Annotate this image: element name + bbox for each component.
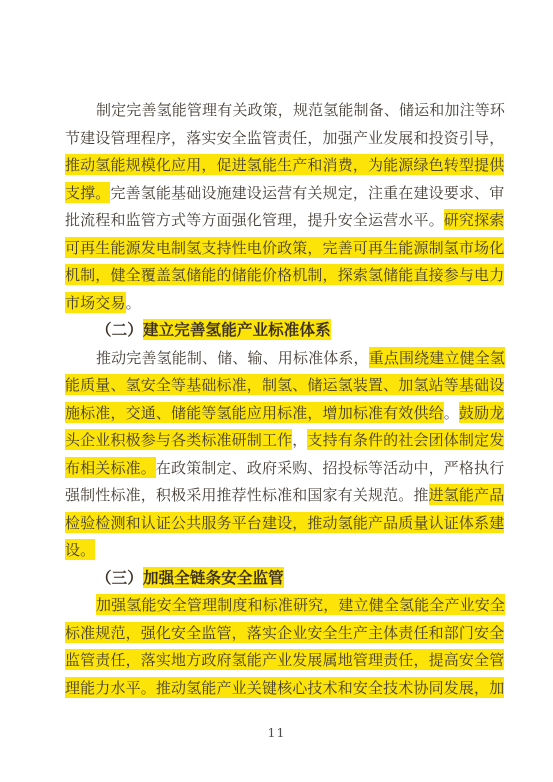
- text-run: 。: [126, 294, 141, 312]
- text-line: 制定完善氢能管理有关政策，规范氢能制备、储运和加注等环: [65, 97, 491, 125]
- highlighted-text-run: 支撑。: [65, 182, 110, 203]
- text-run: （二）: [96, 321, 143, 339]
- text-line: 机制，健全覆盖氢储能的储能价格机制，探索氢储能直接参与电力: [65, 262, 491, 290]
- text-run: 。: [444, 404, 459, 422]
- highlighted-text-run: 重点围绕建立健全氢: [369, 347, 505, 368]
- text-run: 节建设管理程序，落实安全监管责任，加强产业发展和投资引导，: [65, 129, 504, 147]
- highlighted-text-run: 鼓励龙: [459, 402, 504, 423]
- section-heading: （二）建立完善氢能产业标准体系: [65, 317, 491, 345]
- document-content: 制定完善氢能管理有关政策，规范氢能制备、储运和加注等环节建设管理程序，落实安全监…: [65, 97, 491, 702]
- text-line: 支撑。完善氢能基础设施建设运营有关规定，注重在建设要求、审: [65, 180, 491, 208]
- text-line: 检验检测和认证公共服务平台建设，推动氢能产品质量认证体系建: [65, 510, 491, 538]
- paragraph: 推动完善氢能制、储、输、用标准体系，重点围绕建立健全氢能质量、氢安全等基础标准，…: [65, 345, 491, 565]
- paragraph: 制定完善氢能管理有关政策，规范氢能制备、储运和加注等环节建设管理程序，落实安全监…: [65, 97, 491, 317]
- highlighted-text-run: 监管责任，落实地方政府氢能产业发展属地管理责任，提高安全管: [65, 649, 504, 670]
- text-run: 批流程和监管方式等方面强化管理，提升安全运营水平。: [65, 211, 444, 229]
- highlighted-text-run: 支持有条件的社会团体制定发: [307, 429, 504, 450]
- text-line: 能质量、氢安全等基础标准，制氢、储运氢装置、加氢站等基础设: [65, 372, 491, 400]
- highlighted-text-run: 机制，健全覆盖氢储能的储能价格机制，探索氢储能直接参与电力: [65, 264, 504, 285]
- text-line: 强制性标准，积极采用推荐性标准和国家有关规范。推进氢能产品: [65, 482, 491, 510]
- highlighted-text-run: 进氢能产品: [429, 484, 505, 505]
- highlighted-text-run: 理能力水平。推动氢能产业关键核心技术和安全技术协同发展，加: [65, 677, 504, 698]
- highlighted-text-run: 研究探索: [444, 209, 505, 230]
- text-line: 可再生能源发电制氢支持性电价政策，完善可再生能源制氢市场化: [65, 235, 491, 263]
- section-heading: （三）加强全链条安全监管: [65, 565, 491, 593]
- highlighted-text-run: 加强氢能安全管理制度和标准研究，建立健全氢能全产业安全: [96, 594, 505, 615]
- page-number: 11: [0, 725, 553, 740]
- text-line: 理能力水平。推动氢能产业关键核心技术和安全技术协同发展，加: [65, 675, 491, 703]
- highlighted-text-run: 能质量、氢安全等基础标准，制氢、储运氢装置、加氢站等基础设: [65, 374, 504, 395]
- document-page: 制定完善氢能管理有关政策，规范氢能制备、储运和加注等环节建设管理程序，落实安全监…: [0, 0, 553, 782]
- text-line: （三）加强全链条安全监管: [65, 565, 491, 593]
- text-line: 标准规范，强化安全监管，落实企业安全生产主体责任和部门安全: [65, 620, 491, 648]
- text-line: 布相关标准。在政策制定、政府采购、招投标等活动中，严格执行: [65, 455, 491, 483]
- text-line: 市场交易。: [65, 290, 491, 318]
- highlighted-text-run: 加强全链条安全监管: [143, 567, 284, 588]
- highlighted-text-run: 推动氢能规模化应用，促进氢能生产和消费，为能源绿色转型提供: [65, 154, 504, 175]
- text-run: （三）: [96, 569, 143, 587]
- text-run: 强制性标准，积极采用推荐性标准和国家有关规范。推: [65, 486, 429, 504]
- highlighted-text-run: 建立完善氢能产业标准体系: [143, 319, 331, 340]
- text-line: 设。: [65, 537, 491, 565]
- text-line: 施标准，交通、储能等氢能应用标准，增加标准有效供给。鼓励龙: [65, 400, 491, 428]
- text-line: 节建设管理程序，落实安全监管责任，加强产业发展和投资引导，: [65, 125, 491, 153]
- text-line: 批流程和监管方式等方面强化管理，提升安全运营水平。研究探索: [65, 207, 491, 235]
- highlighted-text-run: 市场交易: [65, 292, 126, 313]
- text-run: 完善氢能基础设施建设运营有关规定，注重在建设要求、审: [110, 184, 504, 202]
- text-run: 在政策制定、政府采购、招投标等活动中，严格执行: [156, 459, 504, 477]
- highlighted-text-run: 标准规范，强化安全监管，落实企业安全生产主体责任和部门安全: [65, 622, 504, 643]
- text-line: 推动氢能规模化应用，促进氢能生产和消费，为能源绿色转型提供: [65, 152, 491, 180]
- text-line: 加强氢能安全管理制度和标准研究，建立健全氢能全产业安全: [65, 592, 491, 620]
- text-run: ，: [292, 431, 307, 449]
- text-run: 推动完善氢能制、储、输、用标准体系，: [96, 349, 369, 367]
- text-run: 制定完善氢能管理有关政策，规范氢能制备、储运和加注等环: [96, 101, 505, 119]
- text-line: （二）建立完善氢能产业标准体系: [65, 317, 491, 345]
- highlighted-text-run: 可再生能源发电制氢支持性电价政策，完善可再生能源制氢市场化: [65, 237, 504, 258]
- highlighted-text-run: 检验检测和认证公共服务平台建设，推动氢能产品质量认证体系建: [65, 512, 504, 533]
- highlighted-text-run: 施标准，交通、储能等氢能应用标准，增加标准有效供给: [65, 402, 444, 423]
- highlighted-text-run: 设。: [65, 539, 95, 560]
- highlighted-text-run: 布相关标准。: [65, 457, 156, 478]
- text-line: 推动完善氢能制、储、输、用标准体系，重点围绕建立健全氢: [65, 345, 491, 373]
- text-line: 头企业积极参与各类标准研制工作，支持有条件的社会团体制定发: [65, 427, 491, 455]
- text-line: 监管责任，落实地方政府氢能产业发展属地管理责任，提高安全管: [65, 647, 491, 675]
- highlighted-text-run: 头企业积极参与各类标准研制工作: [65, 429, 292, 450]
- paragraph: 加强氢能安全管理制度和标准研究，建立健全氢能全产业安全标准规范，强化安全监管，落…: [65, 592, 491, 702]
